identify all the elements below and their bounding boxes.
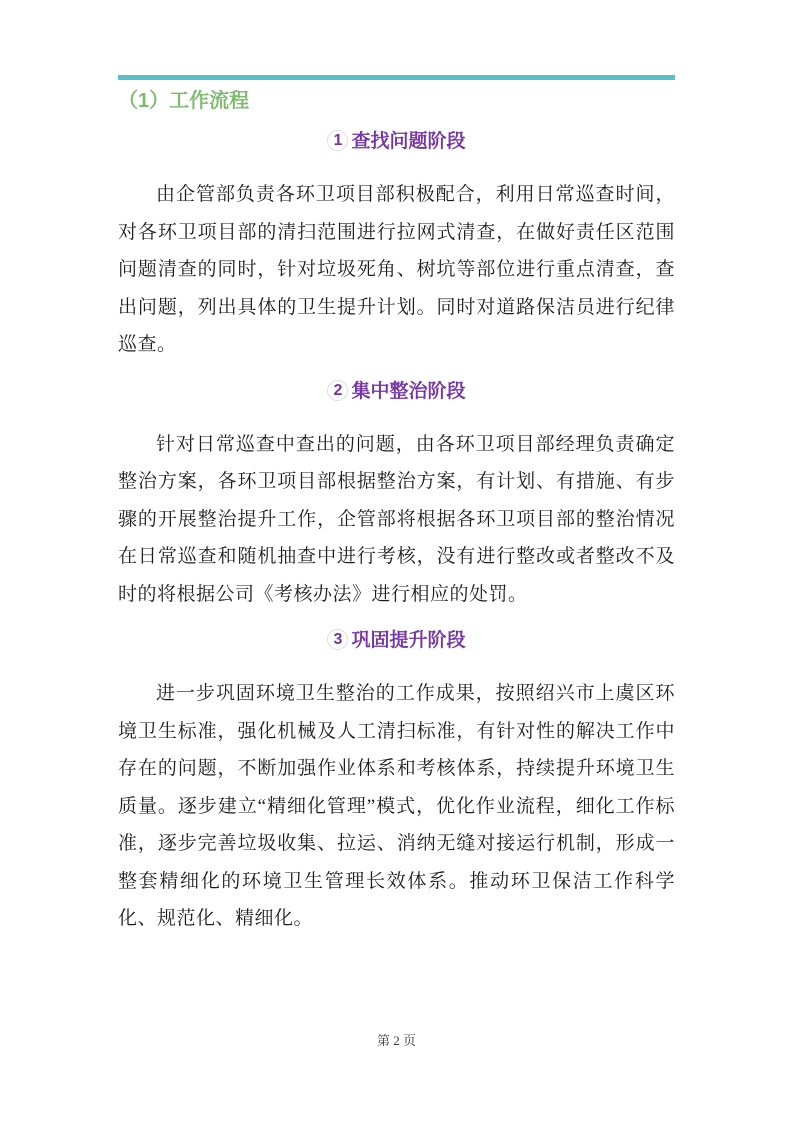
stage-number-circle-3: 3	[327, 629, 348, 650]
stage-number-circle-1: 1	[327, 130, 348, 151]
stage-heading-2: 2集中整治阶段	[118, 379, 675, 405]
stage-number-circle-2: 2	[327, 380, 348, 401]
page-content: （1）工作流程 1查找问题阶段 由企管部负责各环卫项目部积极配合，利用日常巡查时…	[118, 0, 675, 938]
stage-title-1: 查找问题阶段	[351, 131, 465, 152]
document-page: （1）工作流程 1查找问题阶段 由企管部负责各环卫项目部积极配合，利用日常巡查时…	[0, 0, 793, 1122]
stage-heading-3: 3巩固提升阶段	[118, 628, 675, 654]
section-title: （1）工作流程	[118, 88, 675, 114]
stage-title-3: 巩固提升阶段	[351, 630, 465, 651]
header-divider-rule	[118, 75, 675, 80]
stage-paragraph-3: 进一步巩固环境卫生整治的工作成果，按照绍兴市上虞区环境卫生标准，强化机械及人工清…	[118, 675, 675, 938]
page-footer: 第 2 页	[0, 1030, 793, 1049]
stage-paragraph-1: 由企管部负责各环卫项目部积极配合，利用日常巡查时间，对各环卫项目部的清扫范围进行…	[118, 176, 675, 364]
stage-paragraph-2: 针对日常巡查中查出的问题，由各环卫项目部经理负责确定整治方案，各环卫项目部根据整…	[118, 426, 675, 614]
stage-title-2: 集中整治阶段	[351, 381, 465, 402]
stage-heading-1: 1查找问题阶段	[118, 129, 675, 155]
page-number: 第 2 页	[377, 1033, 416, 1048]
